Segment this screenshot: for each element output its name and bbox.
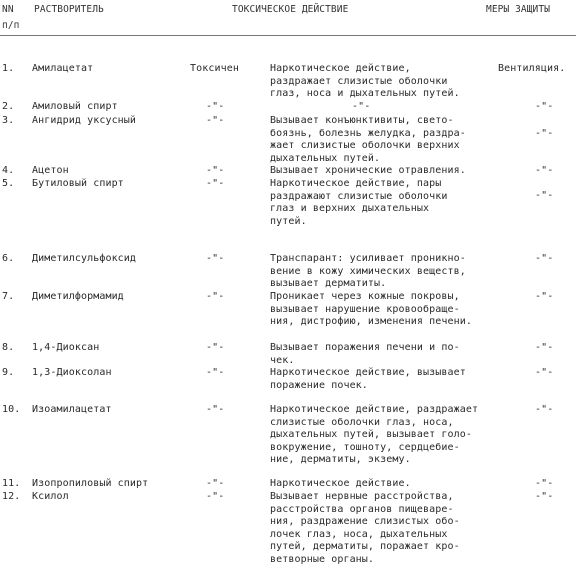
toxic-effect: Наркотическое действие, раздражаетслизис… — [270, 404, 520, 467]
toxic-effect-line: Наркотическое действие, раздражает — [270, 404, 520, 417]
header-toxic-action: ТОКСИЧЕСКОЕ ДЕЙСТВИЕ — [232, 2, 348, 18]
toxicity: -"- — [206, 342, 224, 355]
toxic-effect-line: расстройства органов пищеваре- — [270, 504, 520, 517]
toxic-effect-line: чек. — [270, 355, 520, 368]
toxic-effect-line: боязнь, болезнь желудка, раздра- — [270, 128, 520, 141]
toxic-effect-line: Проникает через кожные покровы, — [270, 291, 520, 304]
row-number: 2. — [2, 101, 14, 114]
toxic-effect: Проникает через кожные покровы,вызывает … — [270, 291, 520, 329]
toxic-effect-line: Наркотическое действие, пары — [270, 178, 520, 191]
solvent-name: 1,3-Диоксолан — [32, 367, 112, 380]
solvent-name: Амилацетат — [32, 63, 93, 76]
protection-measure: -"- — [535, 367, 553, 380]
toxic-effect: Вызывает конъюнктивиты, свето-боязнь, бо… — [270, 115, 520, 165]
solvent-name: Амиловый спирт — [32, 101, 118, 114]
toxicity: -"- — [206, 115, 224, 128]
row-number: 9. — [2, 367, 14, 380]
row-number: 8. — [2, 342, 14, 355]
toxic-effect-line: раздражают слизистые оболочки — [270, 191, 520, 204]
row-number: 3. — [2, 115, 14, 128]
toxic-effect: Вызывает нервные расстройства,расстройст… — [270, 491, 520, 566]
solvent-name: Диметилсульфоксид — [32, 253, 136, 266]
protection-measure: -"- — [535, 478, 553, 491]
toxic-effect-line: дыхательных путей, вызывает голо- — [270, 429, 520, 442]
toxic-effect-line: слизистые оболочки глаз, носа, — [270, 417, 520, 430]
toxic-effect-line: вокружение, тошноту, сердцебие- — [270, 442, 520, 455]
toxicity: -"- — [206, 291, 224, 304]
toxic-effect-line: Транспарант: усиливает проникно- — [270, 253, 520, 266]
toxic-effect-line: поражение почек. — [270, 380, 520, 393]
row-number: 7. — [2, 291, 14, 304]
protection-measure: -"- — [535, 190, 553, 203]
header-divider — [0, 35, 576, 36]
protection-measure: -"- — [535, 491, 553, 504]
toxic-effect-line: глаз, носа и дыхательных путей. — [270, 88, 520, 101]
toxic-effect-line: глаз и верхних дыхательных — [270, 203, 520, 216]
solvent-name: Диметилформамид — [32, 291, 124, 304]
toxic-effect-line: путей. — [270, 216, 520, 229]
toxic-effect: Вызывает хронические отравления. — [270, 165, 520, 178]
toxicity: -"- — [206, 491, 224, 504]
toxic-effect-line: Вызывает нервные расстройства, — [270, 491, 520, 504]
protection-measure: -"- — [535, 128, 553, 141]
row-number: 4. — [2, 165, 14, 178]
document-page: NN п/п РАСТВОРИТЕЛЬ ТОКСИЧЕСКОЕ ДЕЙСТВИЕ… — [0, 0, 576, 580]
protection-measure: -"- — [535, 101, 553, 114]
toxic-effect-line: Вызывает поражения печени и по- — [270, 342, 520, 355]
toxic-effect: Вызывает поражения печени и по-чек. — [270, 342, 520, 367]
toxic-effect: Наркотическое действие. — [270, 478, 520, 491]
solvent-name: Бутиловый спирт — [32, 178, 124, 191]
toxic-effect: -"- — [352, 101, 370, 114]
row-number: 1. — [2, 63, 14, 76]
toxicity: -"- — [206, 165, 224, 178]
toxic-effect-line: жает слизистые оболочки верхних — [270, 140, 520, 153]
toxic-effect-line: -"- — [352, 101, 370, 112]
toxic-effect-line: Наркотическое действие. — [270, 478, 520, 491]
solvent-name: Ксилол — [32, 491, 69, 504]
protection-measure: -"- — [535, 404, 553, 417]
header-number-line1: NN — [2, 2, 19, 18]
toxic-effect-line: путей, дерматиты, поражает кро- — [270, 541, 520, 554]
header-number-line2: п/п — [2, 18, 19, 34]
solvent-name: Изоамилацетат — [32, 404, 112, 417]
row-number: 10. — [2, 404, 20, 417]
solvent-name: 1,4-Диоксан — [32, 342, 99, 355]
toxicity: -"- — [206, 478, 224, 491]
row-number: 12. — [2, 491, 20, 504]
toxic-effect: Наркотическое действие, парыраздражают с… — [270, 178, 520, 228]
toxic-effect-line: вызывает нарушение кровообраще- — [270, 304, 520, 317]
toxic-effect: Транспарант: усиливает проникно-вение в … — [270, 253, 520, 291]
toxic-effect-line: Вызывает конъюнктивиты, свето- — [270, 115, 520, 128]
toxic-effect: Наркотическое действие,раздражает слизис… — [270, 63, 520, 101]
solvent-name: Ангидрид уксусный — [32, 115, 136, 128]
toxicity: -"- — [206, 404, 224, 417]
toxic-effect: Наркотическое действие, вызываетпоражени… — [270, 367, 520, 392]
toxicity: -"- — [206, 101, 224, 114]
toxic-effect-line: раздражает слизистые оболочки — [270, 76, 520, 89]
protection-measure: -"- — [535, 291, 553, 304]
toxic-effect-line: ния, раздражение слизистых обо- — [270, 516, 520, 529]
protection-measure: -"- — [535, 342, 553, 355]
header-protection: МЕРЫ ЗАЩИТЫ — [486, 2, 550, 18]
header-solvent: РАСТВОРИТЕЛЬ — [34, 2, 104, 18]
solvent-name: Изопропиловый спирт — [32, 478, 148, 491]
toxicity: -"- — [206, 367, 224, 380]
toxic-effect-line: дыхательных путей. — [270, 153, 520, 166]
protection-measure: -"- — [535, 253, 553, 266]
toxic-effect-line: Наркотическое действие, вызывает — [270, 367, 520, 380]
row-number: 6. — [2, 253, 14, 266]
solvent-name: Ацетон — [32, 165, 69, 178]
toxicity: -"- — [206, 178, 224, 191]
row-number: 5. — [2, 178, 14, 191]
toxic-effect-line: ние, дерматиты, экзему. — [270, 454, 520, 467]
toxic-effect-line: лочек глаз, носа, дыхательных — [270, 529, 520, 542]
header-number: NN п/п — [2, 2, 19, 34]
toxicity: -"- — [206, 253, 224, 266]
protection-measure: Вентиляция. — [498, 63, 565, 76]
toxic-effect-line: Наркотическое действие, — [270, 63, 520, 76]
toxic-effect-line: Вызывает хронические отравления. — [270, 165, 520, 178]
toxic-effect-line: вызывает дерматиты. — [270, 278, 520, 291]
row-number: 11. — [2, 478, 20, 491]
toxic-effect-line: ветворные органы. — [270, 554, 520, 567]
toxic-effect-line: вение в кожу химических веществ, — [270, 266, 520, 279]
toxic-effect-line: ния, дистрофию, изменения печени. — [270, 316, 520, 329]
toxicity: Токсичен — [190, 63, 239, 76]
protection-measure: -"- — [535, 165, 553, 178]
